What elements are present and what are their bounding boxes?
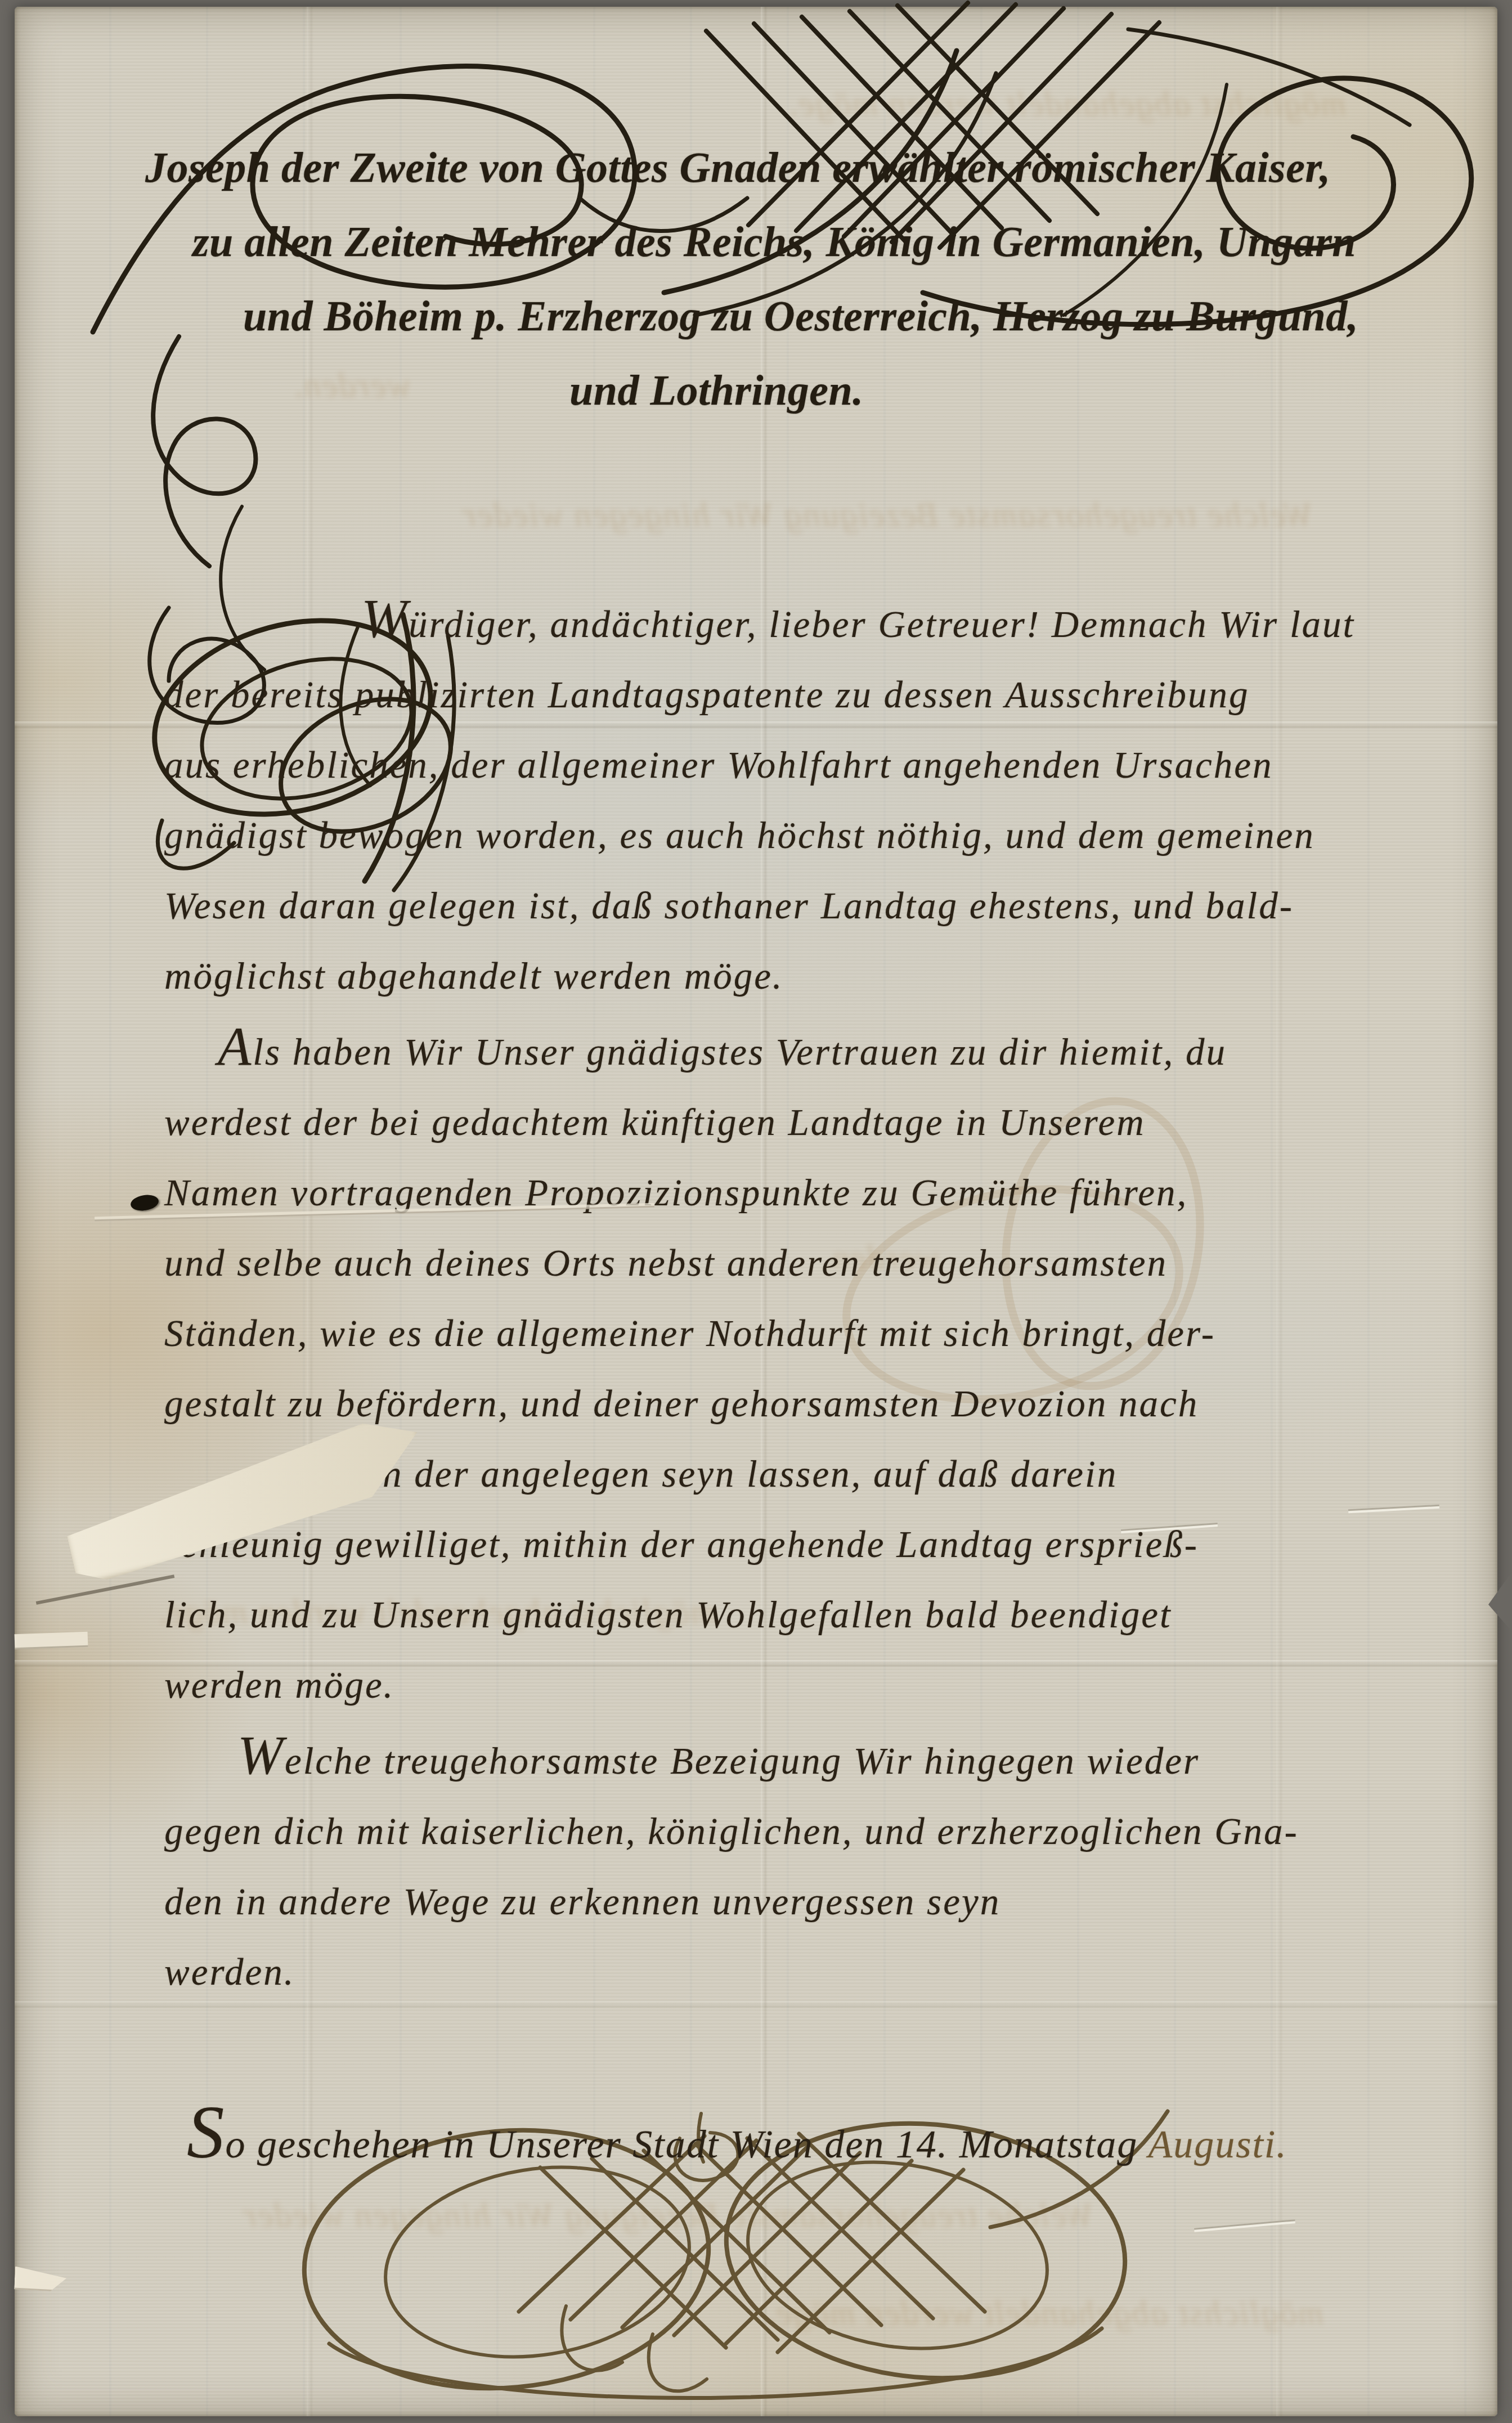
body-line: Als haben Wir Unser gnädigstes Vertrauen… xyxy=(164,1012,1355,1088)
scanned-letter-photo: { "page": { "backdrop_color": "#6a6762",… xyxy=(0,0,1512,2423)
body-line: gegen dich mit kaiserlichen, königlichen… xyxy=(164,1797,1355,1867)
body-line: schleunig gewilliget, mithin der angehen… xyxy=(164,1510,1355,1580)
letter-header: Joseph der Zweite von Gottes Gnaden erwä… xyxy=(0,131,1512,428)
body-line: werdest der bei gedachtem künftigen Land… xyxy=(164,1088,1355,1158)
body-line: Welche treugehorsamste Bezeigung Wir hin… xyxy=(164,1721,1355,1797)
letter-body: Würdiger, andächtiger, lieber Getreuer! … xyxy=(164,584,1355,2008)
body-line: Wesen daran gelegen ist, daß sothaner La… xyxy=(164,871,1355,941)
body-line: Ständen, wie es die allgemeiner Nothdurf… xyxy=(164,1299,1355,1369)
body-line: lich, und zu Unsern gnädigsten Wohlgefal… xyxy=(164,1580,1355,1650)
dateline: So geschehen in Unserer Stadt Wien den 1… xyxy=(187,2089,1287,2175)
body-line: den in andere Wege zu erkennen unvergess… xyxy=(164,1867,1355,1937)
edge-tear xyxy=(15,1632,88,1650)
body-line: möglichst abgehandelt werden möge. xyxy=(164,941,1355,1012)
header-line: zu allen Zeiten Mehrer des Reichs, König… xyxy=(192,205,1512,279)
header-line: und Lothringen. xyxy=(569,353,1512,428)
body-line: werden möge. xyxy=(164,1650,1355,1721)
body-line: werden. xyxy=(164,1937,1355,2008)
header-line: Joseph der Zweite von Gottes Gnaden erwä… xyxy=(145,131,1512,205)
dateline-month: Augusti. xyxy=(1148,2123,1287,2166)
body-line: Würdiger, andächtiger, lieber Getreuer! … xyxy=(164,584,1355,660)
body-line: der bereits publizirten Landtagspatente … xyxy=(164,660,1355,730)
body-line: und selbe auch deines Orts nebst anderen… xyxy=(164,1228,1355,1299)
body-line: gnädigst bewogen worden, es auch höchst … xyxy=(164,801,1355,871)
body-line: aus erheblichen, der allgemeiner Wohlfah… xyxy=(164,730,1355,801)
body-line: Namen vortragenden Propozizionspunkte zu… xyxy=(164,1158,1355,1228)
dateline-text: So geschehen in Unserer Stadt Wien den 1… xyxy=(187,2123,1148,2166)
header-line: und Böheim p. Erzherzog zu Oesterreich, … xyxy=(243,279,1512,353)
body-line: gestalt zu befördern, und deiner gehorsa… xyxy=(164,1369,1355,1439)
